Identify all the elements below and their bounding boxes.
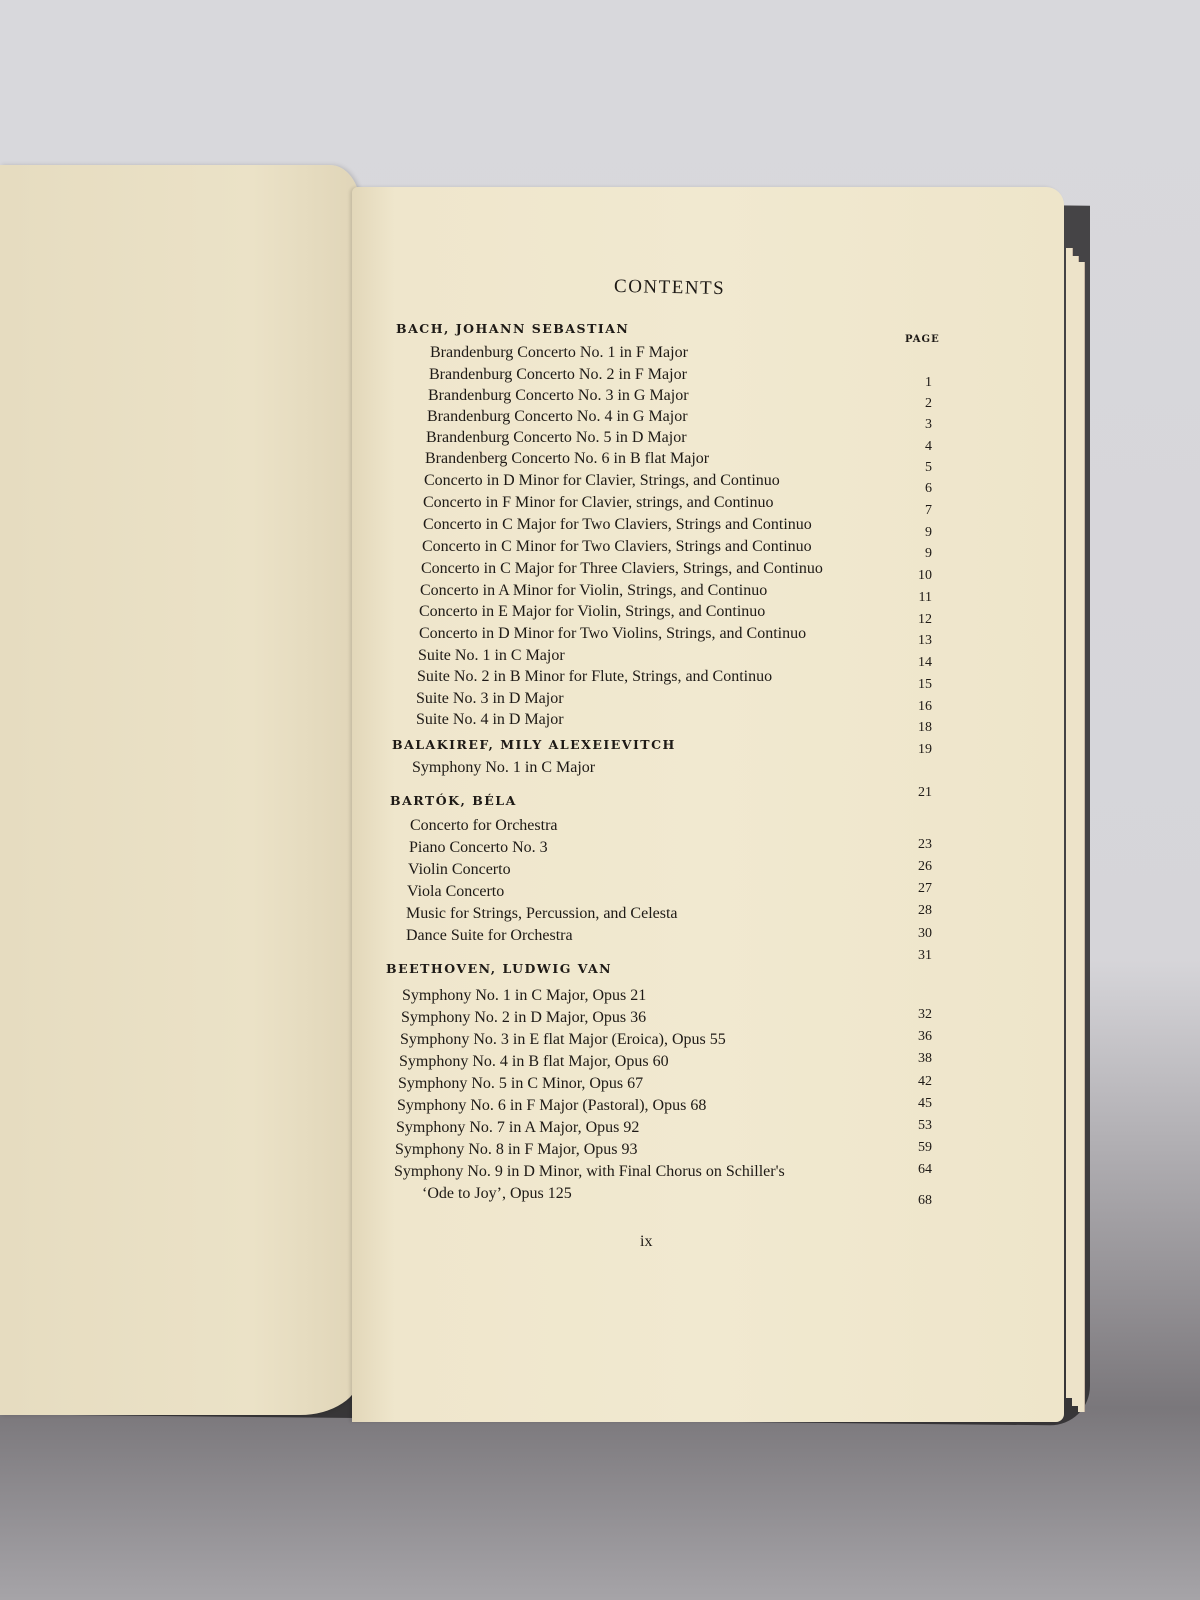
toc-page-number: 7 bbox=[902, 503, 932, 519]
toc-entry: Suite No. 1 in C Major bbox=[418, 647, 565, 665]
toc-entry: Dance Suite for Orchestra bbox=[406, 927, 573, 945]
toc-page-number: 19 bbox=[902, 742, 932, 758]
toc-page-number: 28 bbox=[902, 903, 932, 919]
toc-entry: Brandenburg Concerto No. 2 in F Major bbox=[429, 366, 687, 384]
toc-entry: Brandenburg Concerto No. 1 in F Major bbox=[430, 344, 688, 362]
page-folio: ix bbox=[640, 1233, 652, 1251]
toc-entry: Concerto in D Minor for Two Violins, Str… bbox=[419, 625, 806, 643]
page-title: CONTENTS bbox=[614, 276, 726, 300]
toc-page-number: 21 bbox=[902, 785, 932, 801]
contents-page: CONTENTS PAGE BACH, JOHANN SEBASTIAN Bra… bbox=[352, 187, 1064, 1422]
toc-page-number: 23 bbox=[902, 837, 932, 853]
toc-entry: Symphony No. 5 in C Minor, Opus 67 bbox=[398, 1075, 643, 1093]
toc-page-number: 4 bbox=[902, 439, 932, 455]
toc-page-number: 2 bbox=[902, 396, 932, 412]
composer-heading: BALAKIREF, MILY ALEXEIEVITCH bbox=[392, 737, 676, 752]
toc-page-number: 12 bbox=[902, 612, 932, 628]
toc-entry: Brandenberg Concerto No. 6 in B flat Maj… bbox=[425, 450, 709, 468]
toc-entry: Concerto for Orchestra bbox=[410, 817, 558, 835]
toc-page-number: 26 bbox=[902, 859, 932, 875]
toc-entry: Concerto in D Minor for Clavier, Strings… bbox=[424, 472, 780, 490]
toc-entry: Symphony No. 9 in D Minor, with Final Ch… bbox=[394, 1163, 785, 1181]
toc-entry: Violin Concerto bbox=[408, 861, 511, 879]
toc-entry: Suite No. 2 in B Minor for Flute, String… bbox=[417, 668, 772, 686]
toc-entry: Symphony No. 1 in C Major bbox=[412, 759, 595, 777]
toc-entry: Viola Concerto bbox=[407, 883, 504, 901]
toc-page-number: 45 bbox=[902, 1096, 932, 1112]
left-page bbox=[0, 165, 360, 1415]
toc-page-number: 15 bbox=[902, 677, 932, 693]
composer-heading: BARTÓK, BÉLA bbox=[390, 793, 517, 808]
toc-page-number: 11 bbox=[902, 590, 932, 606]
toc-entry: Suite No. 4 in D Major bbox=[416, 711, 564, 729]
toc-entry: Brandenburg Concerto No. 4 in G Major bbox=[427, 408, 688, 426]
toc-page-number: 9 bbox=[902, 546, 932, 562]
toc-page-number: 9 bbox=[902, 525, 932, 541]
toc-entry: Symphony No. 7 in A Major, Opus 92 bbox=[396, 1119, 639, 1137]
toc-entry: Suite No. 3 in D Major bbox=[416, 690, 564, 708]
toc-page-number: 14 bbox=[902, 655, 932, 671]
toc-page-number: 1 bbox=[902, 375, 932, 391]
composer-heading: BACH, JOHANN SEBASTIAN bbox=[396, 321, 629, 336]
toc-page-number: 3 bbox=[902, 417, 932, 433]
contents-body: CONTENTS PAGE BACH, JOHANN SEBASTIAN Bra… bbox=[352, 187, 1064, 1422]
toc-entry: Piano Concerto No. 3 bbox=[409, 839, 548, 857]
toc-entry: Music for Strings, Percussion, and Celes… bbox=[406, 905, 678, 923]
toc-page-number: 64 bbox=[902, 1162, 932, 1178]
toc-page-number: 10 bbox=[902, 568, 932, 584]
toc-entry: Concerto in C Major for Three Claviers, … bbox=[421, 560, 823, 578]
toc-entry: Concerto in F Minor for Clavier, strings… bbox=[423, 494, 773, 512]
composer-heading: BEETHOVEN, LUDWIG VAN bbox=[386, 961, 612, 976]
toc-entry: Concerto in C Major for Two Claviers, St… bbox=[423, 516, 812, 534]
toc-page-number: 27 bbox=[902, 881, 932, 897]
toc-entry: Symphony No. 4 in B flat Major, Opus 60 bbox=[399, 1053, 669, 1071]
toc-entry: Symphony No. 1 in C Major, Opus 21 bbox=[402, 987, 646, 1005]
toc-page-number: 30 bbox=[902, 926, 932, 942]
toc-page-number: 16 bbox=[902, 699, 932, 715]
toc-page-number: 42 bbox=[902, 1074, 932, 1090]
toc-page-number: 32 bbox=[902, 1007, 932, 1023]
toc-entry: Concerto in C Minor for Two Claviers, St… bbox=[422, 538, 812, 556]
toc-entry: Concerto in A Minor for Violin, Strings,… bbox=[420, 582, 767, 600]
toc-page-number: 18 bbox=[902, 720, 932, 736]
toc-entry: Symphony No. 8 in F Major, Opus 93 bbox=[395, 1141, 637, 1159]
toc-page-number: 6 bbox=[902, 481, 932, 497]
toc-entry: Symphony No. 3 in E flat Major (Eroica),… bbox=[400, 1031, 726, 1049]
toc-page-number: 68 bbox=[902, 1193, 932, 1209]
page-edge bbox=[1078, 262, 1085, 1412]
toc-page-number: 5 bbox=[902, 460, 932, 476]
toc-page-number: 53 bbox=[902, 1118, 932, 1134]
toc-page-number: 31 bbox=[902, 948, 932, 964]
photo-scene: CONTENTS PAGE BACH, JOHANN SEBASTIAN Bra… bbox=[0, 0, 1200, 1600]
toc-entry: Brandenburg Concerto No. 3 in G Major bbox=[428, 387, 689, 405]
toc-page-number: 36 bbox=[902, 1029, 932, 1045]
toc-entry: Brandenburg Concerto No. 5 in D Major bbox=[426, 429, 687, 447]
toc-page-number: 59 bbox=[902, 1140, 932, 1156]
toc-page-number: 38 bbox=[902, 1051, 932, 1067]
toc-entry-continuation: ‘Ode to Joy’, Opus 125 bbox=[422, 1185, 572, 1203]
toc-entry: Symphony No. 2 in D Major, Opus 36 bbox=[401, 1009, 646, 1027]
toc-entry: Symphony No. 6 in F Major (Pastoral), Op… bbox=[397, 1097, 706, 1115]
toc-page-number: 13 bbox=[902, 633, 932, 649]
toc-entry: Concerto in E Major for Violin, Strings,… bbox=[419, 603, 765, 621]
page-column-label: PAGE bbox=[905, 334, 940, 345]
